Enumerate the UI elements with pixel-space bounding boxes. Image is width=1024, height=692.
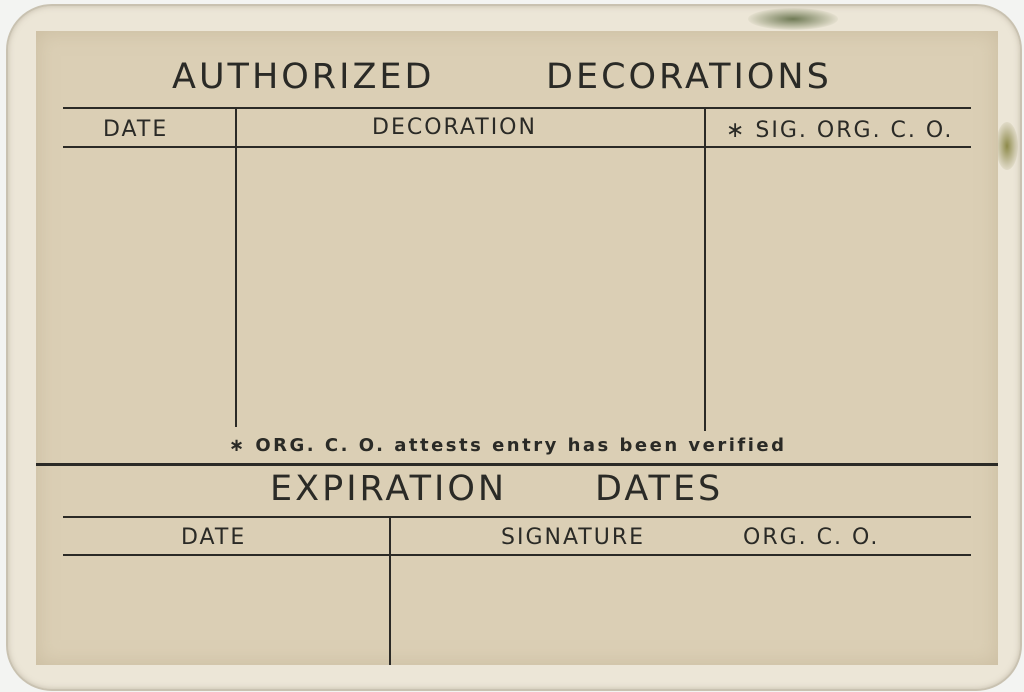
expiration-header-top-rule	[63, 516, 971, 518]
expiration-header-bottom-rule	[63, 554, 971, 556]
decorations-col-signature: ∗ SIG. ORG. C. O.	[726, 118, 953, 143]
stain	[996, 122, 1018, 170]
expiration-col-date: DATE	[181, 525, 246, 550]
decorations-title-left: AUTHORIZED	[172, 57, 435, 97]
expiration-col-signature: SIGNATURE	[501, 525, 645, 550]
decorations-title-right: DECORATIONS	[546, 57, 832, 97]
decorations-col-divider-2	[704, 108, 706, 431]
decorations-footnote: ∗ ORG. C. O. attests entry has been veri…	[229, 435, 787, 456]
decorations-header-bottom-rule	[63, 146, 971, 148]
decorations-header-top-rule	[63, 107, 971, 109]
stain	[748, 8, 838, 30]
expiration-col-org-co: ORG. C. O.	[743, 525, 879, 550]
decorations-col-decoration: DECORATION	[372, 115, 537, 140]
expiration-col-divider	[389, 517, 391, 665]
record-card: AUTHORIZED DECORATIONS DATE DECORATION ∗…	[36, 31, 998, 665]
expiration-title-left: EXPIRATION	[270, 469, 507, 509]
expiration-title-right: DATES	[595, 469, 723, 509]
section-divider	[36, 463, 998, 466]
decorations-col-date: DATE	[103, 117, 168, 142]
decorations-col-divider-1	[235, 108, 237, 427]
